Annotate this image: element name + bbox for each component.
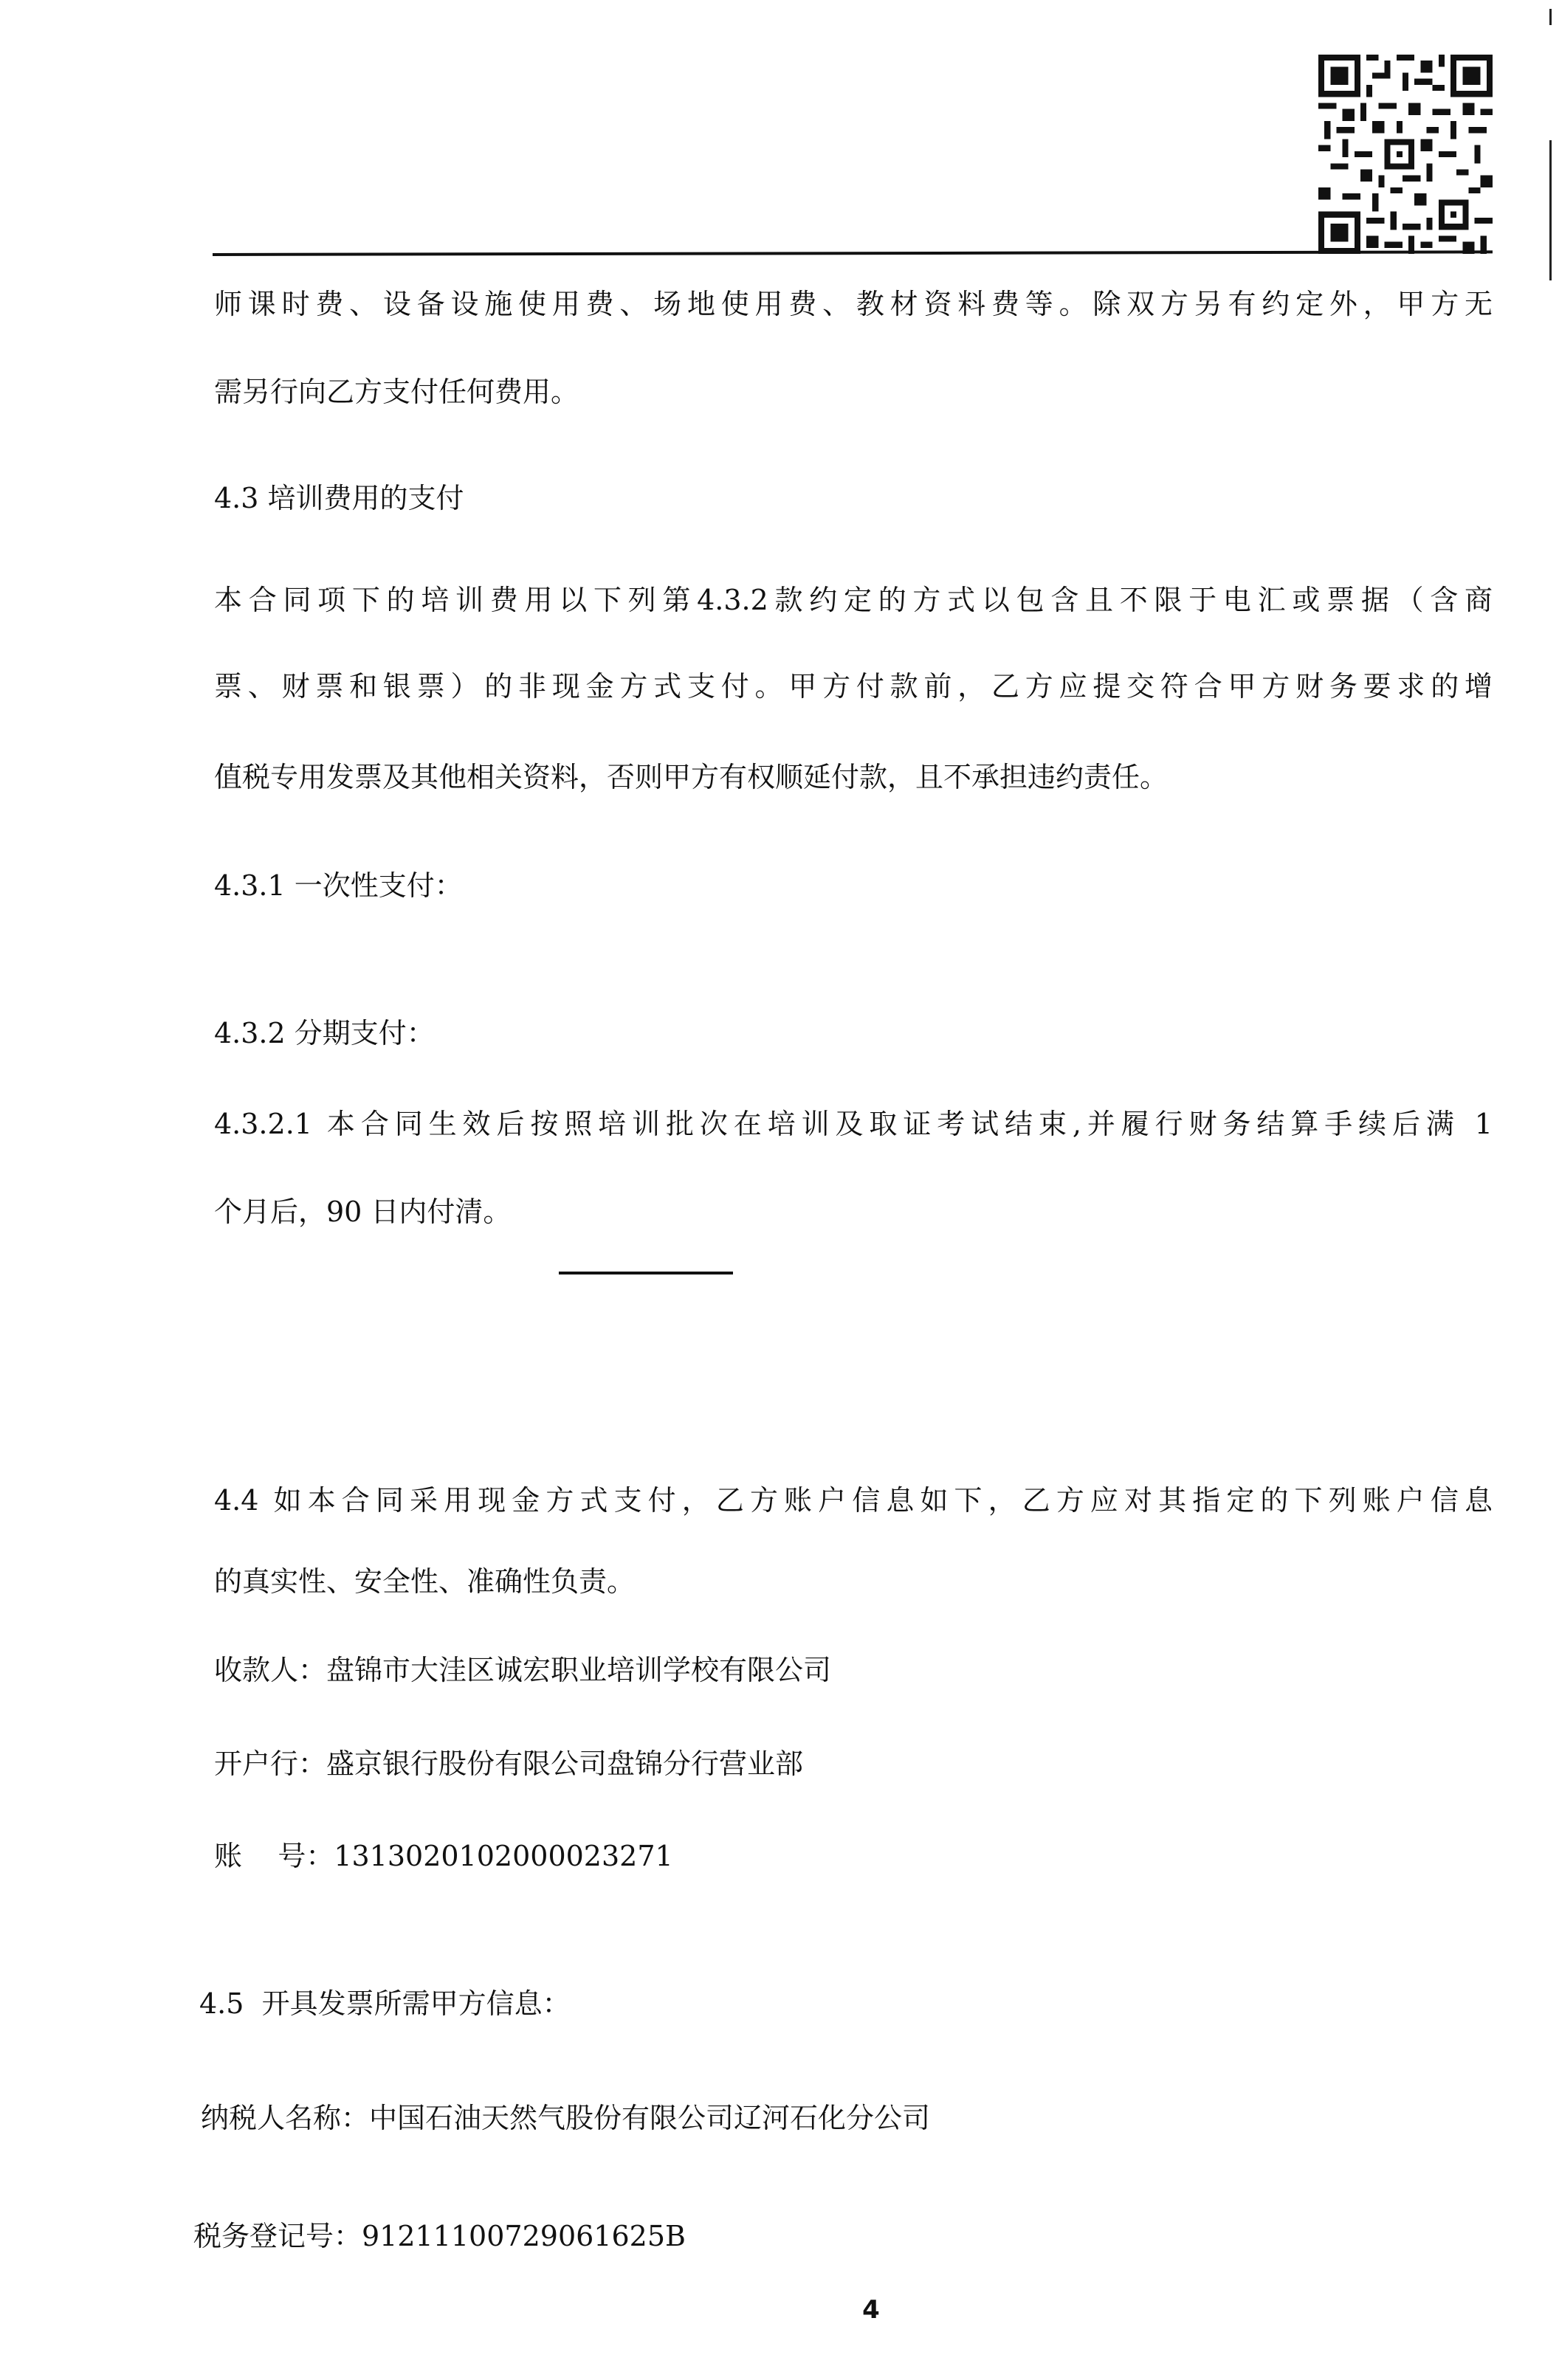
scan-edge-mark bbox=[1549, 9, 1552, 25]
section-heading-4-3: 4.3 培训费用的支付 bbox=[214, 480, 464, 517]
document-page: 师课时费、设备设施使用费、场地使用费、教材资料费等。除双方另有约定外，甲方无 需… bbox=[0, 0, 1559, 2380]
paragraph-line: 的真实性、安全性、准确性负责。 bbox=[214, 1563, 635, 1600]
section-heading-4-3-2: 4.3.2 分期支付： bbox=[214, 1015, 435, 1052]
scan-edge-line bbox=[1549, 140, 1552, 280]
blank-fill-line bbox=[559, 1272, 733, 1274]
clause-4-3-2-1-line: 个月后，90 日内付清。 bbox=[214, 1193, 511, 1230]
qr-code-icon bbox=[1318, 55, 1493, 254]
section-heading-4-3-1: 4.3.1 一次性支付： bbox=[214, 867, 463, 904]
clause-4-3-2-1-line: 4.3.2.1 本合同生效后按照培训批次在培训及取证考试结束,并履行财务结算手续… bbox=[214, 1106, 1493, 1142]
paragraph-line: 票、财票和银票）的非现金方式支付。甲方付款前，乙方应提交符合甲方财务要求的增 bbox=[214, 668, 1493, 705]
bank-field: 开户行：盛京银行股份有限公司盘锦分行营业部 bbox=[214, 1745, 803, 1782]
account-number-field: 账 号：1313020102000023271 bbox=[214, 1838, 673, 1874]
paragraph-line: 师课时费、设备设施使用费、场地使用费、教材资料费等。除双方另有约定外，甲方无 bbox=[214, 286, 1493, 322]
paragraph-line: 本合同项下的培训费用以下列第4.3.2款约定的方式以包含且不限于电汇或票据（含商 bbox=[214, 582, 1493, 618]
payee-field: 收款人：盘锦市大洼区诚宏职业培训学校有限公司 bbox=[214, 1652, 831, 1689]
paragraph-line: 需另行向乙方支付任何费用。 bbox=[214, 373, 579, 410]
tax-id-field: 税务登记号：91211100729061625B bbox=[193, 2218, 686, 2255]
paragraph-line: 值税专用发票及其他相关资料，否则甲方有权顺延付款，且不承担违约责任。 bbox=[214, 759, 1168, 796]
section-heading-4-5: 4.5 开具发票所需甲方信息： bbox=[199, 1985, 571, 2022]
page-number: 4 bbox=[856, 2294, 886, 2326]
header-rule bbox=[213, 250, 1493, 256]
taxpayer-name-field: 纳税人名称：中国石油天然气股份有限公司辽河石化分公司 bbox=[201, 2100, 930, 2136]
section-heading-4-4: 4.4 如本合同采用现金方式支付，乙方账户信息如下，乙方应对其指定的下列账户信息 bbox=[214, 1482, 1493, 1519]
